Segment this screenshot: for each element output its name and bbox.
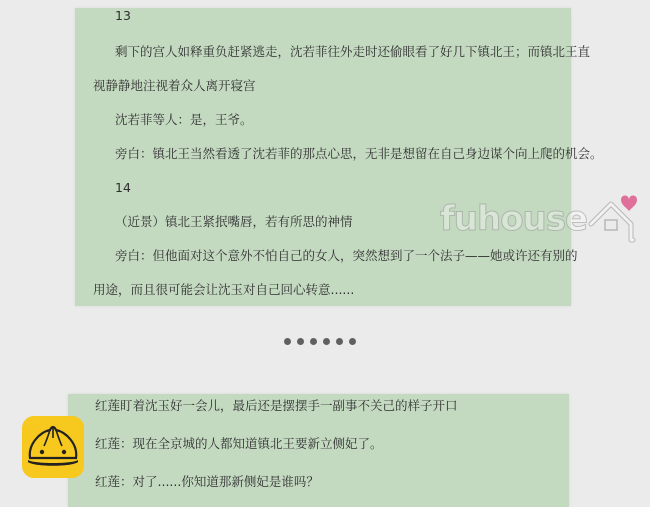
scene-number: 13 xyxy=(115,8,131,24)
dot xyxy=(323,338,330,345)
narration-line: 用途，而且很可能会让沈玉对自己回心转意...... xyxy=(93,282,354,298)
dialogue-line: 红莲：现在全京城的人都知道镇北王要新立侧妃了。 xyxy=(95,436,383,452)
scene-number: 14 xyxy=(115,180,131,196)
continuation-dots xyxy=(284,338,356,345)
dot xyxy=(310,338,317,345)
watermark-text: fuhouse xyxy=(440,199,587,239)
dot xyxy=(336,338,343,345)
steamed-bun-icon xyxy=(22,416,84,478)
script-card-2: 红莲盯着沈玉好一会儿，最后还是摆摆手一副事不关己的样子开口 红莲：现在全京城的人… xyxy=(68,394,569,507)
paragraph-line: 红莲盯着沈玉好一会儿，最后还是摆摆手一副事不关己的样子开口 xyxy=(95,398,458,414)
dot xyxy=(297,338,304,345)
script-card-1: 13 剩下的宫人如释重负赶紧逃走，沈若菲往外走时还偷眼看了好几下镇北王；而镇北王… xyxy=(75,8,571,306)
dot xyxy=(284,338,291,345)
app-icon xyxy=(22,416,84,478)
paragraph-line: 视静静地注视着众人离开寝宫 xyxy=(93,78,256,94)
dialogue-line: 沈若菲等人：是，王爷。 xyxy=(115,112,253,128)
fuhouse-watermark: fuhouse xyxy=(440,190,639,248)
dialogue-line: 红莲：对了......你知道那新侧妃是谁吗？ xyxy=(95,474,319,490)
shot-description: （近景）镇北王紧抿嘴唇，若有所思的神情 xyxy=(115,214,353,230)
dot xyxy=(349,338,356,345)
narration-line: 旁白：镇北王当然看透了沈若菲的那点心思，无非是想留在自己身边谋个向上爬的机会。 xyxy=(115,146,603,162)
house-heart-icon xyxy=(587,190,639,248)
narration-line: 旁白：但他面对这个意外不怕自己的女人，突然想到了一个法子——她或许还有别的 xyxy=(115,248,578,264)
paragraph-line: 剩下的宫人如释重负赶紧逃走，沈若菲往外走时还偷眼看了好几下镇北王；而镇北王直 xyxy=(115,44,590,60)
